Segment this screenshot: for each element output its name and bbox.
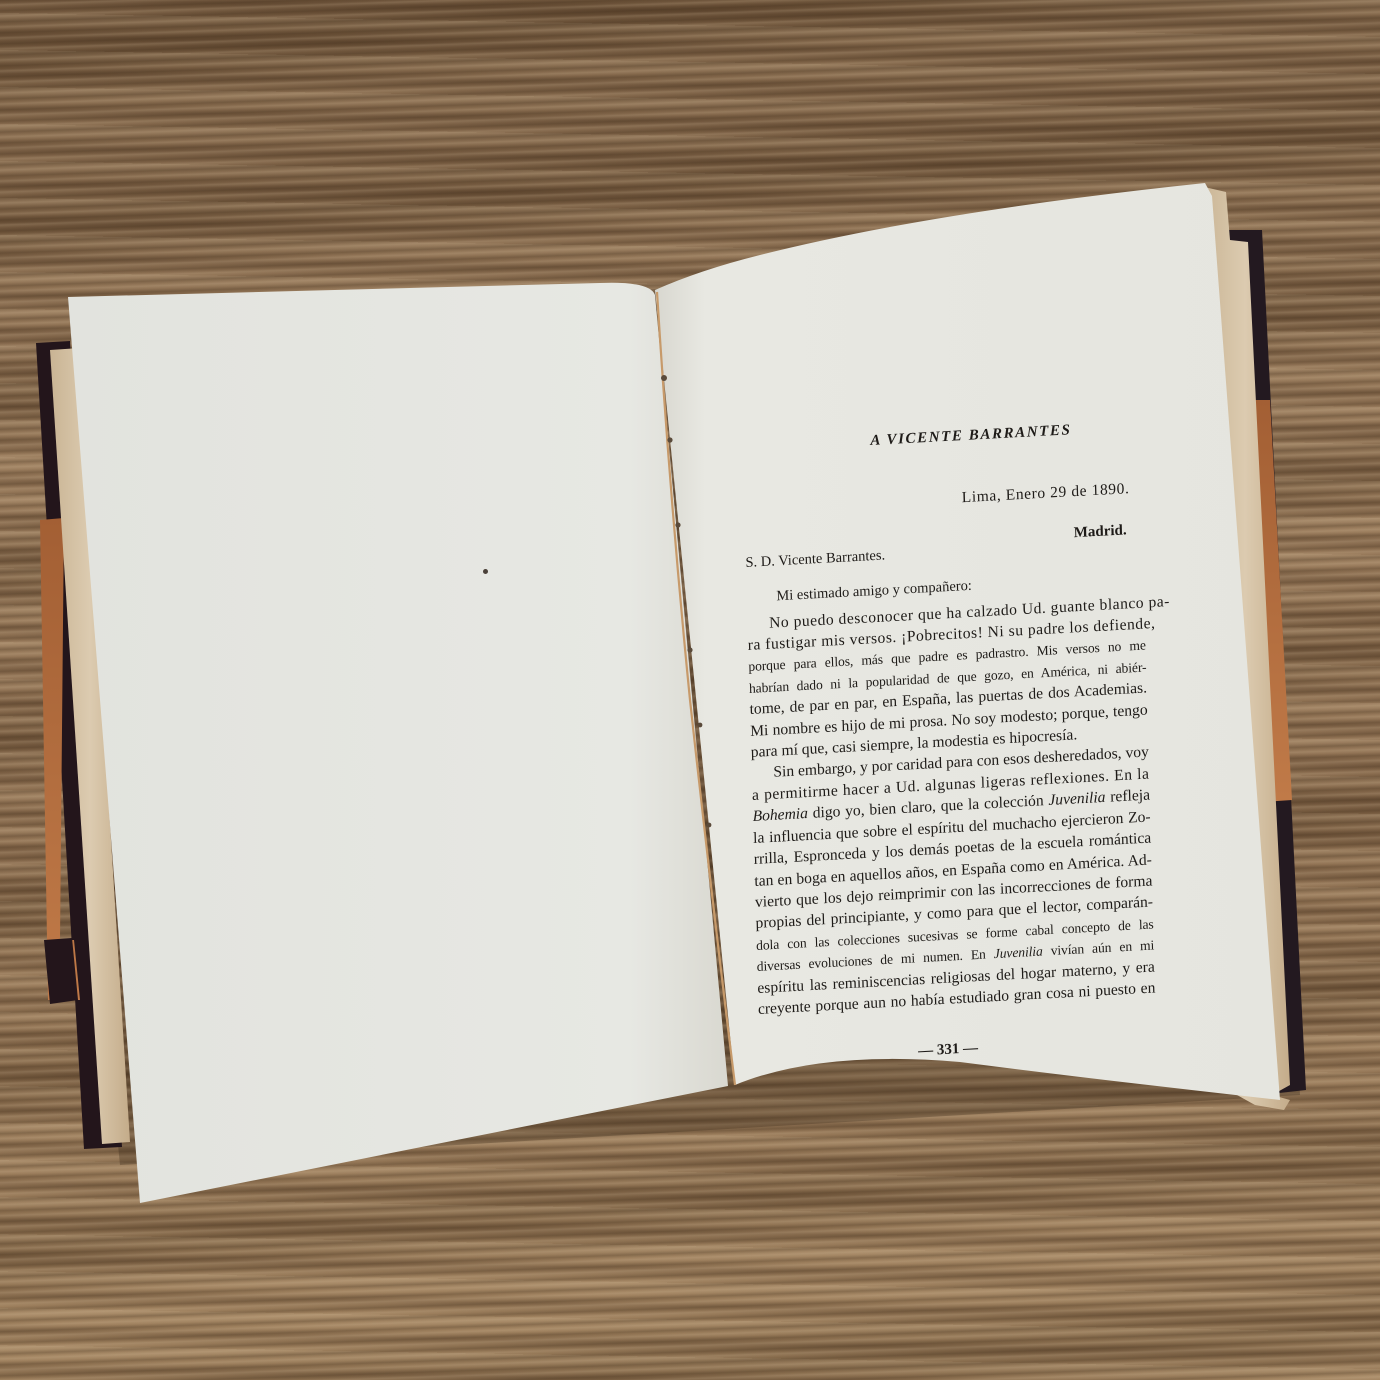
italic-juvenilia: Juvenilia [1048,789,1106,809]
letter-city: Madrid. [1073,520,1126,544]
italic-juvenilia: Juvenilia [994,944,1043,962]
line-rest: refleja [1110,787,1150,806]
photo-scene: A VICENTE BARRANTES Lima, Enero 29 de 18… [0,0,1380,1380]
letter-dateline: Lima, Enero 29 de 1890. [744,479,1130,521]
letter-body: No puedo desconocer que ha calzado Ud. g… [747,592,1156,1020]
letter-address: S. D. Vicente Barrantes. Madrid. [745,532,1127,574]
open-book [0,0,1380,1380]
paper-speck [483,569,488,574]
right-page-text: A VICENTE BARRANTES Lima, Enero 29 de 18… [742,416,1157,1071]
italic-bohemia: Bohemia [752,805,808,825]
left-cover-corner [44,938,78,1004]
line-rest: vivían aún en mi [1050,938,1154,959]
left-page [68,283,728,1203]
letter-recipient: S. D. Vicente Barrantes. [745,545,885,574]
